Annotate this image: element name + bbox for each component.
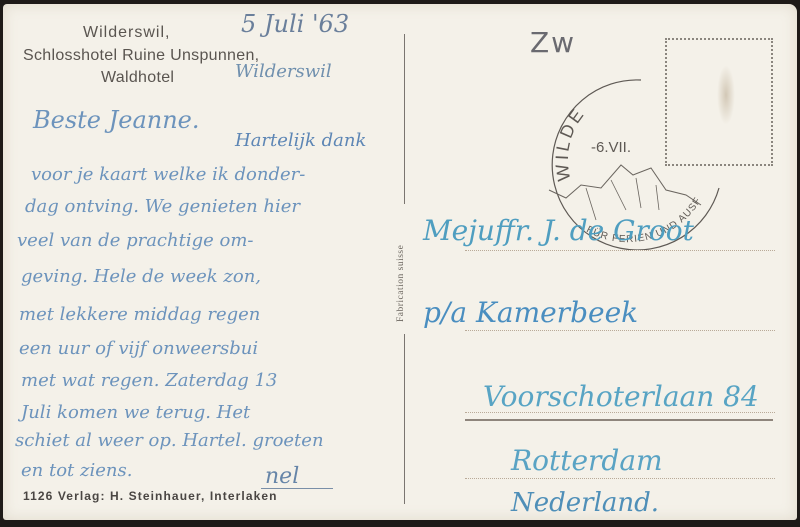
message-line: schiet al weer op. Hartel. groeten (15, 430, 324, 451)
message-greeting: Beste Jeanne. (33, 106, 200, 134)
message-line: geving. Hele de week zon, (21, 266, 261, 287)
header-line-1: Wilderswil, (83, 24, 170, 42)
fabrication-suisse-label: Fabrication suisse (396, 245, 406, 322)
handwritten-date: 5 Juli '63 (241, 10, 349, 38)
message-line: en tot ziens. (21, 460, 132, 481)
postmark-date: -6.VII. (591, 139, 631, 156)
message-line: met wat regen. Zaterdag 13 (21, 370, 277, 391)
address-country: Nederland. (511, 488, 659, 518)
message-line: dag ontving. We genieten hier (25, 196, 300, 217)
message-line: een uur of vijf onweersbui (19, 338, 258, 359)
address-care-of: p/a Kamerbeek (423, 296, 638, 329)
address-underline (465, 419, 773, 421)
address-line-4-rule (465, 478, 775, 479)
header-line-2: Schlosshotel Ruine Unspunnen, (23, 47, 259, 65)
address-line-2-rule (465, 330, 775, 331)
svg-text:WILDE: WILDE (551, 103, 589, 183)
message-line: voor je kaart welke ik donder- (31, 164, 305, 185)
address-city: Rotterdam (511, 444, 663, 477)
message-line: Hartelijk dank (235, 130, 366, 151)
postcard: Wilderswil, Schlosshotel Ruine Unspunnen… (3, 4, 797, 520)
address-line-1-rule (465, 250, 775, 251)
pencil-note: Zw (530, 26, 576, 59)
postmark-town: WILDE (551, 103, 589, 183)
handwritten-place: Wilderswil (235, 61, 332, 82)
message-line: veel van de prachtige om- (17, 230, 253, 251)
address-recipient: Mejuffr. J. de Groot (423, 214, 694, 247)
signature: nel (265, 464, 299, 489)
header-line-3: Waldhotel (101, 69, 174, 87)
address-street: Voorschoterlaan 84 (483, 380, 759, 413)
message-line: met lekkere middag regen (19, 304, 260, 325)
publisher-imprint: 1126 Verlag: H. Steinhauer, Interlaken (23, 489, 278, 503)
message-line: Juli komen we terug. Het (21, 402, 250, 423)
